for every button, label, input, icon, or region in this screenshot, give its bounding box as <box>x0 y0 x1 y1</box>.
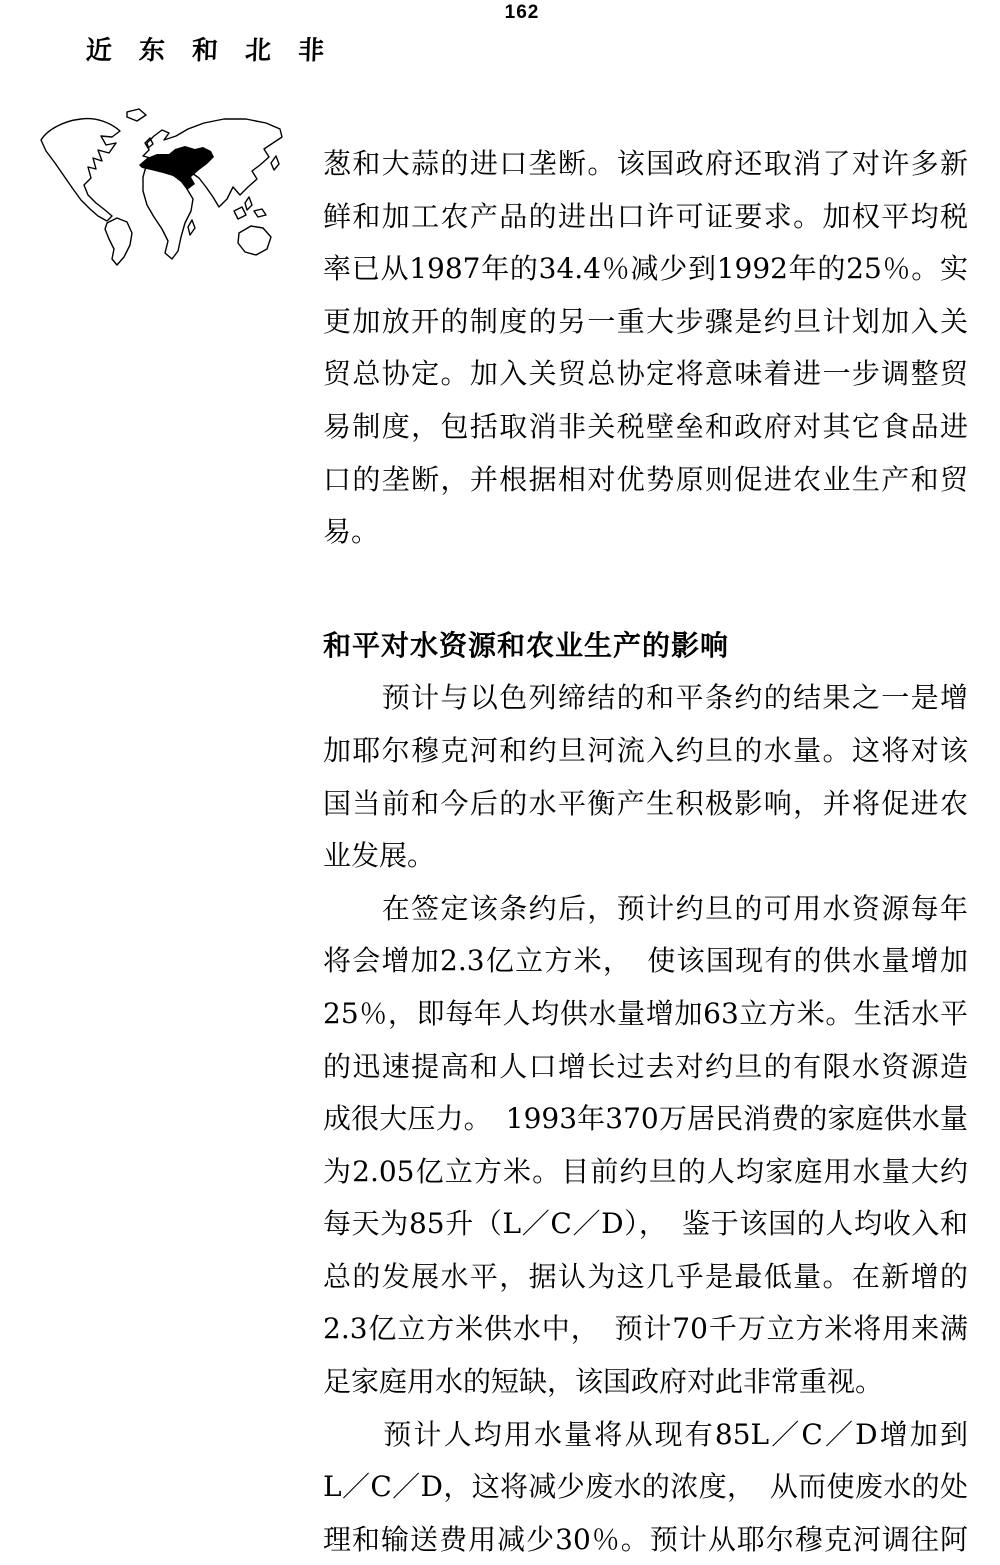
text-line: 更加放开的制度的另一重大步骤是约旦计划加入关 <box>323 296 968 349</box>
text-line: 在签定该条约后，预计约旦的可用水资源每年 <box>323 883 968 936</box>
text-line: 易制度，包括取消非关税壁垒和政府对其它食品进 <box>323 401 968 454</box>
text-line: 成很大压力。 1993年370万居民消费的家庭供水量 <box>323 1093 968 1146</box>
text-line: 加耶尔穆克河和约旦河流入约旦的水量。这将对该 <box>323 725 968 778</box>
text-line: 贸总协定。加入关贸总协定将意味着进一步调整贸 <box>323 348 968 401</box>
text-line: 将会增加2.3亿立方米， 使该国现有的供水量增加 <box>323 935 968 988</box>
text-line: 易。 <box>323 506 968 559</box>
body-text-column: 葱和大蒜的进口垄断。该国政府还取消了对许多新 鲜和加工农产品的进出口许可证要求。… <box>323 138 968 1565</box>
text-line: 每天为85升（L／C／D）， 鉴于该国的人均收入和 <box>323 1198 968 1251</box>
text-line: 预计人均用水量将从现有85L／C／D增加到120 <box>323 1409 968 1462</box>
text-line: 率已从1987年的34.4％减少到1992年的25％。实现 <box>323 243 968 296</box>
text-line: 的迅速提高和人口增长过去对约旦的有限水资源造 <box>323 1041 968 1094</box>
text-line: 足家庭用水的短缺，该国政府对此非常重视。 <box>323 1356 968 1409</box>
text-line: 预计与以色列缔结的和平条约的结果之一是增 <box>323 672 968 725</box>
text-line: L／C／D，这将减少废水的浓度， 从而使废水的处 <box>323 1461 968 1514</box>
text-line: 葱和大蒜的进口垄断。该国政府还取消了对许多新 <box>323 138 968 191</box>
region-title: 近 东 和 北 非 <box>85 30 334 67</box>
text-line: 25％，即每年人均供水量增加63立方米。生活水平 <box>323 988 968 1041</box>
world-map-nena-highlighted-icon <box>35 106 287 278</box>
text-line: 2.3亿立方米供水中， 预计70千万立方米将用来满 <box>323 1303 968 1356</box>
text-line: 为2.05亿立方米。目前约旦的人均家庭用水量大约 <box>323 1146 968 1199</box>
text-line: 业发展。 <box>323 830 968 883</box>
page-number: 162 <box>480 2 564 24</box>
section-heading: 和平对水资源和农业生产的影响 <box>323 620 968 673</box>
text-line: 理和输送费用减少30％。预计从耶尔穆克河调往阿 <box>323 1514 968 1565</box>
text-line: 口的垄断，并根据相对优势原则促进农业生产和贸 <box>323 454 968 507</box>
world-map-graphic <box>35 106 287 278</box>
text-line: 总的发展水平，据认为这几乎是最低量。在新增的 <box>323 1251 968 1304</box>
text-line: 国当前和今后的水平衡产生积极影响，并将促进农 <box>323 778 968 831</box>
document-page: { "page": { "number": "162", "background… <box>0 0 1000 1565</box>
text-line: 鲜和加工农产品的进出口许可证要求。加权平均税 <box>323 191 968 244</box>
